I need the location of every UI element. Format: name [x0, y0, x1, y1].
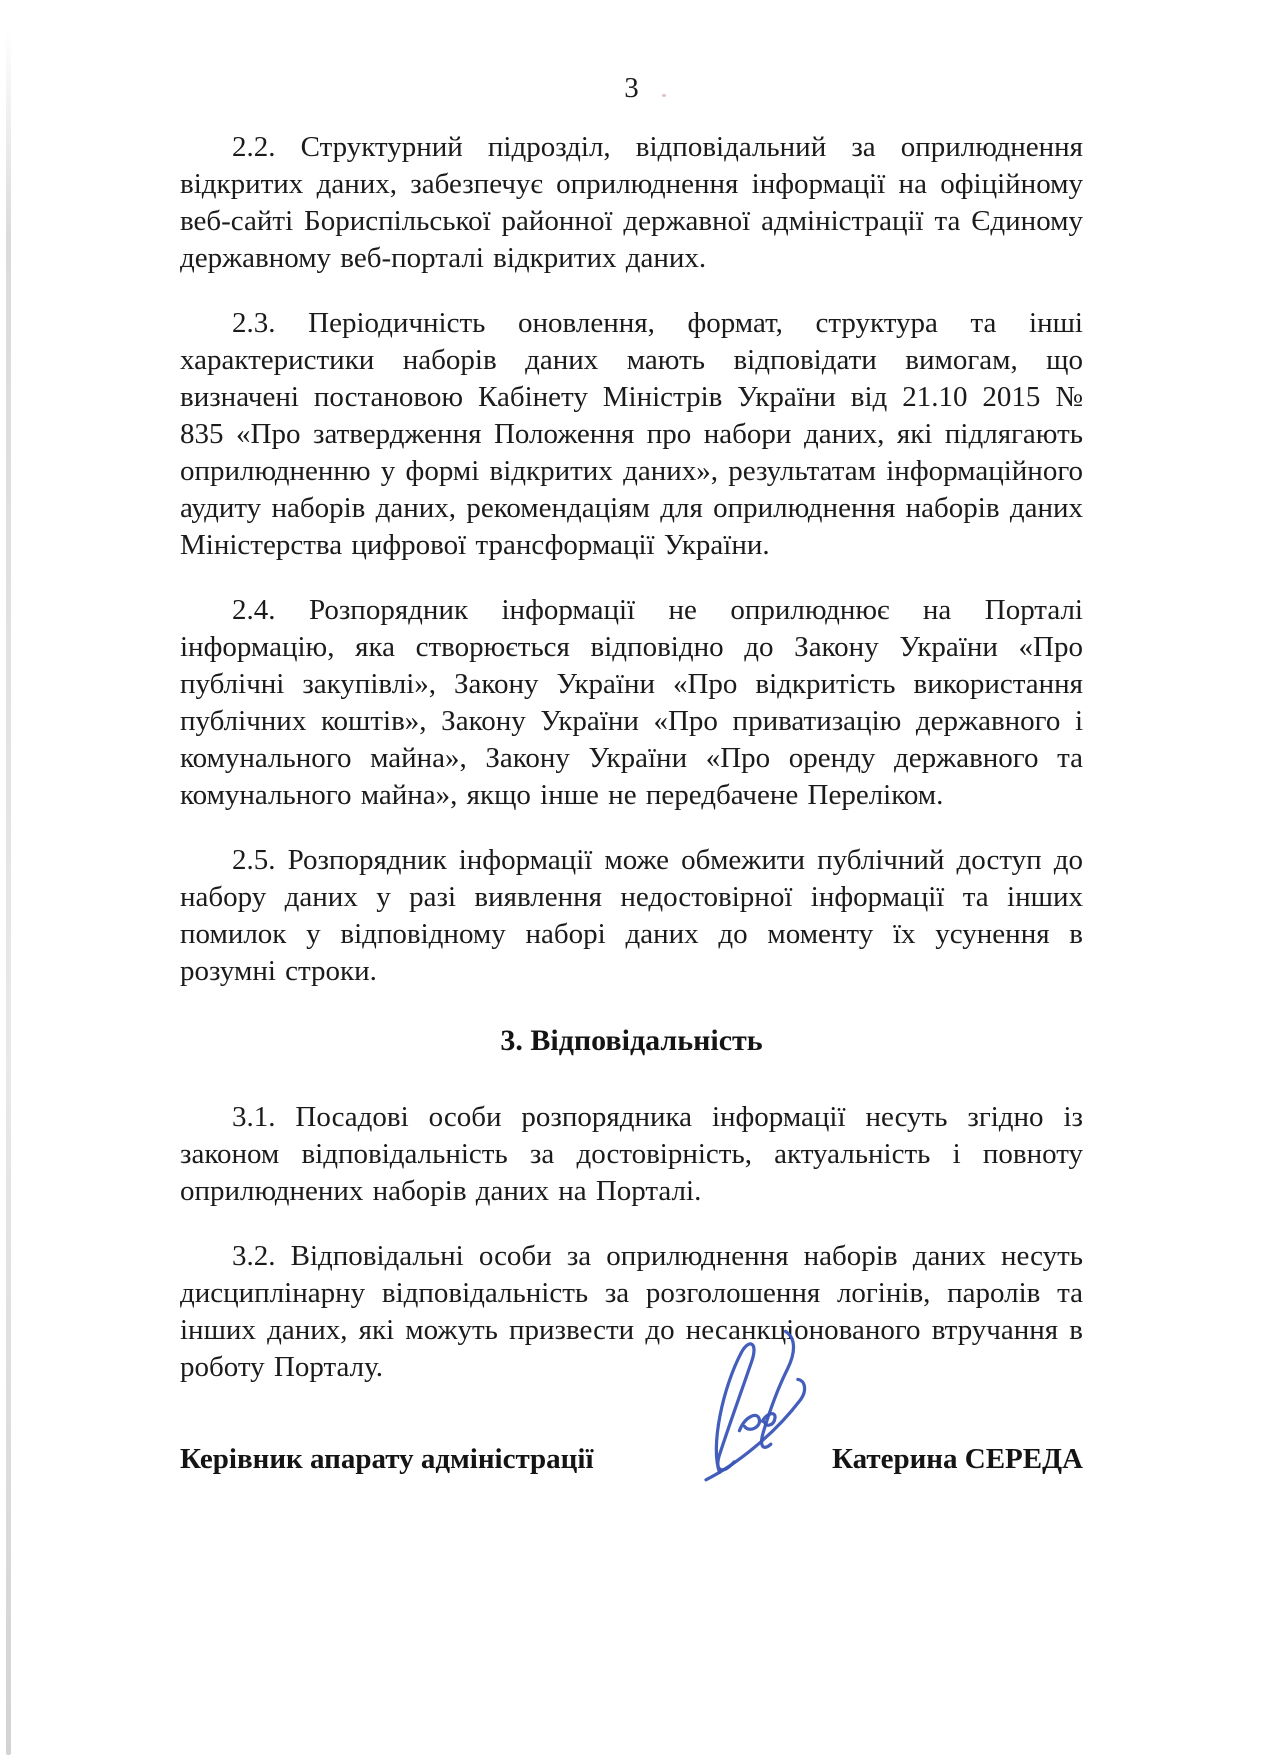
- scanned-document-page: 3 2.2. Структурний підрозділ, відповідал…: [0, 0, 1275, 1755]
- document-body: 3 2.2. Структурний підрозділ, відповідал…: [180, 70, 1083, 1478]
- paragraph-2-4: 2.4. Розпорядник інформації не оприлюдню…: [180, 592, 1083, 814]
- paragraph-2-2: 2.2. Структурний підрозділ, відповідальн…: [180, 129, 1083, 277]
- paragraph-3-2: 3.2. Відповідальні особи за оприлюднення…: [180, 1238, 1083, 1386]
- signoff-name: Катерина СЕРЕДА: [832, 1441, 1083, 1478]
- paragraph-2-3: 2.3. Періодичність оновлення, формат, ст…: [180, 305, 1083, 564]
- section-3-heading: 3. Відповідальність: [180, 1022, 1083, 1059]
- paragraph-3-1: 3.1. Посадові особи розпорядника інформа…: [180, 1099, 1083, 1210]
- page-number: 3: [180, 70, 1083, 107]
- scan-edge-artifact: [6, 28, 11, 1755]
- signoff-title: Керівник апарату адміністрації: [180, 1441, 594, 1478]
- paragraph-2-5: 2.5. Розпорядник інформації може обмежит…: [180, 842, 1083, 990]
- signoff-row: Керівник апарату адміністрації Катерина …: [180, 1441, 1083, 1478]
